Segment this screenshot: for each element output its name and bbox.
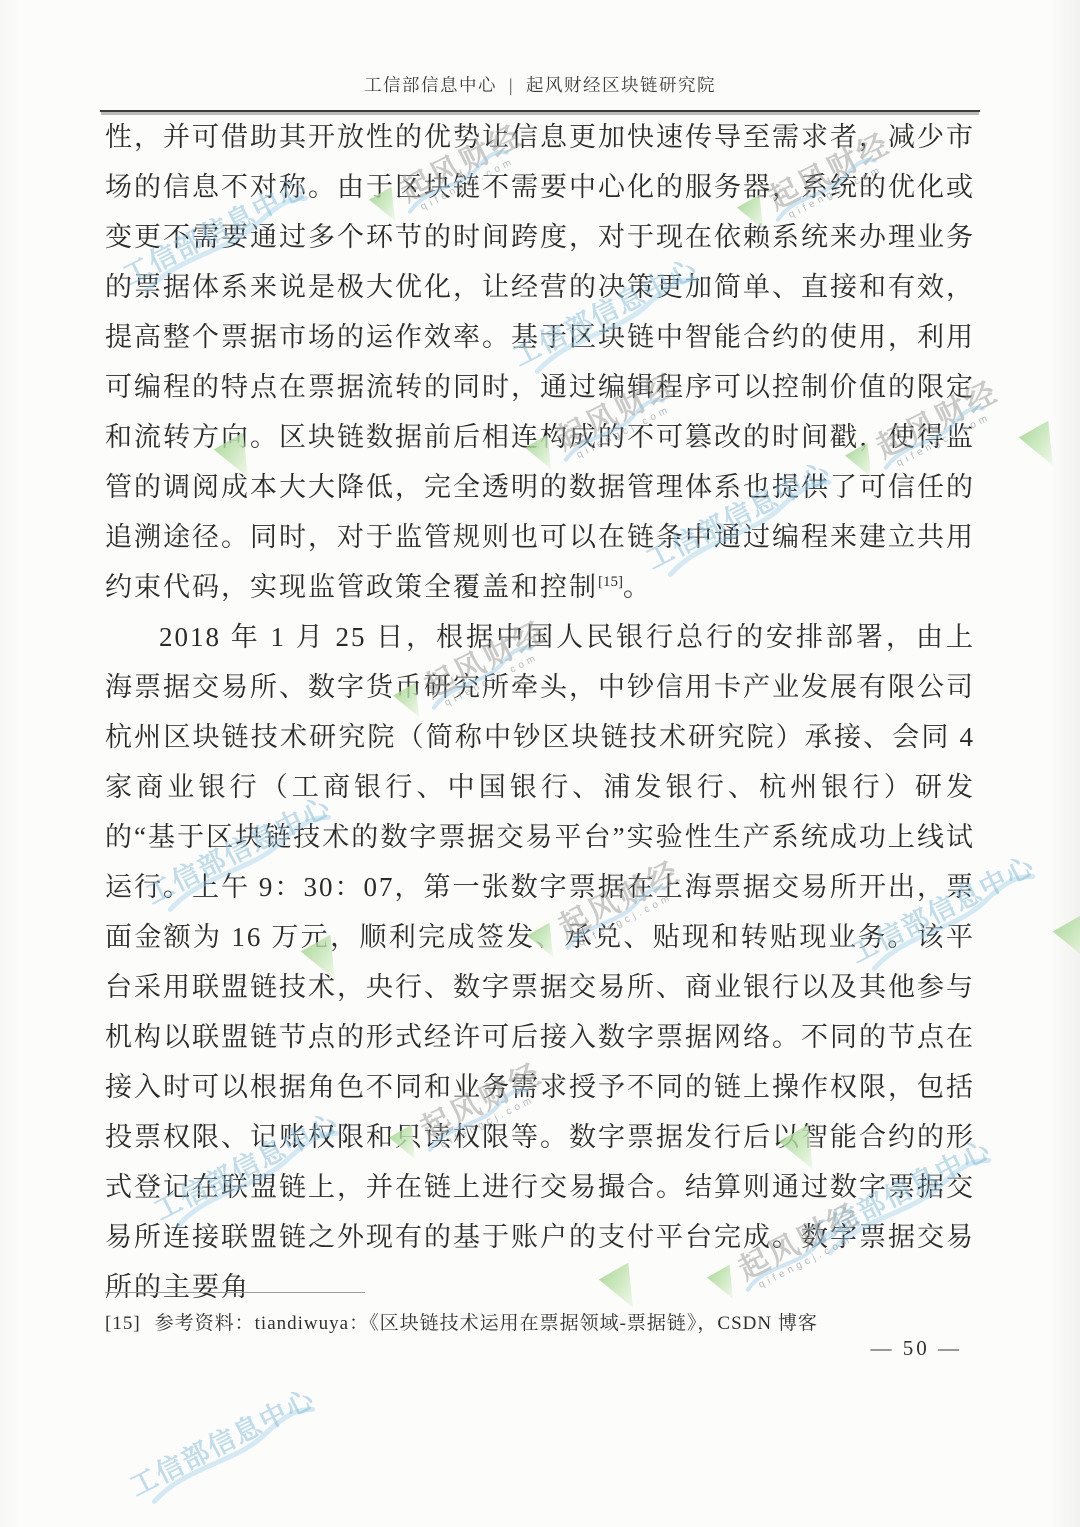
page-header: 工信部信息中心|起风财经区块链研究院 — [100, 72, 980, 112]
document-page: 工信部信息中心起风财经qifengcj.com起风财经qifengcj.com工… — [0, 0, 1080, 1527]
page-number: — 50 — — [871, 1336, 963, 1361]
paragraph-2: 2018 年 1 月 25 日，根据中国人民银行总行的安排部署，由上海票据交易所… — [105, 612, 975, 1312]
footnote-marker: [15] — [105, 1313, 141, 1334]
document-body: 性，并可借助其开放性的优势让信息更加快速传导至需求者，减少市场的信息不对称。由于… — [105, 112, 975, 1312]
footnote-section: [15]参考资料：tiandiwuya：《区块链技术运用在票据领域-票据链》，C… — [105, 1292, 975, 1335]
header-org-left: 工信部信息中心 — [364, 75, 497, 95]
footnote-text: 参考资料：tiandiwuya：《区块链技术运用在票据领域-票据链》，CSDN … — [155, 1313, 818, 1334]
header-separator: | — [509, 75, 514, 95]
footnote-item: [15]参考资料：tiandiwuya：《区块链技术运用在票据领域-票据链》，C… — [105, 1308, 975, 1335]
brand-swoosh-icon — [141, 1398, 324, 1511]
footnote-rule — [105, 1292, 365, 1293]
header-org-right: 起风财经区块链研究院 — [526, 75, 716, 95]
footnote-ref-15: [15] — [598, 574, 623, 590]
paragraph-1-text: 性，并可借助其开放性的优势让信息更加快速传导至需求者，减少市场的信息不对称。由于… — [105, 122, 975, 602]
brand-triangle-icon — [1018, 421, 1067, 474]
paragraph-1-period: 。 — [623, 572, 652, 602]
paragraph-1: 性，并可借助其开放性的优势让信息更加快速传导至需求者，减少市场的信息不对称。由于… — [105, 112, 975, 612]
watermark-org-text: 工信部信息中心 — [125, 1383, 319, 1502]
brand-triangle-icon — [1052, 915, 1080, 968]
